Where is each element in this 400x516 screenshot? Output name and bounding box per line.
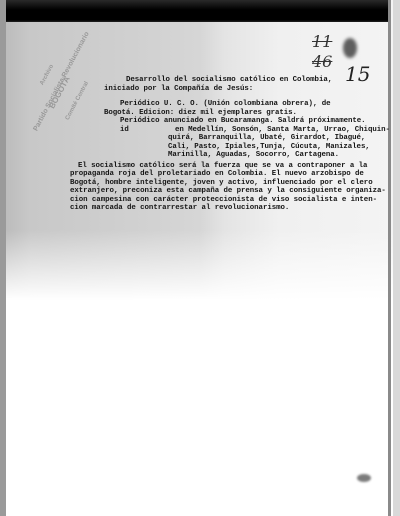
stamp-line: Archivo: [39, 64, 55, 87]
scan-right-edge: [388, 0, 391, 516]
periodical-line: Periódico U. C. O. (Unión colombiana obr…: [120, 100, 331, 109]
scan-right-margin: [393, 0, 400, 516]
ink-blot: [357, 474, 371, 482]
body-line: cion marcada de contrarrestar al revoluc…: [70, 204, 289, 213]
folio-number: 15: [345, 62, 370, 86]
crossed-out-folio-number: 46: [312, 52, 332, 71]
document-title: iniciado por la Compañía de Jesús:: [104, 85, 253, 94]
scan-left-edge: [0, 0, 6, 516]
stamp-line: Comité Central: [65, 81, 90, 122]
periodical-line: quirá, Barranquilla, Ubaté, Girardot, Ib…: [168, 134, 365, 143]
periodical-label: id: [120, 126, 129, 135]
crossed-out-folio-number: 11: [312, 32, 332, 51]
scan-top-shadow: [0, 0, 390, 22]
ink-blot: [343, 38, 357, 58]
scanned-page: Partido Socialista Revolucionario Archiv…: [0, 0, 400, 516]
body-line: extranjero, preconiza esta campaña de pr…: [70, 187, 386, 196]
body-line: propaganda roja del proletariado en Colo…: [70, 170, 364, 179]
document-title: Desarrollo del socialismo católico en Co…: [126, 76, 332, 85]
paper-background: [0, 230, 400, 516]
periodical-line: Marinilla, Aguadas, Socorro, Cartagena.: [168, 151, 339, 160]
archive-stamp: Partido Socialista Revolucionario Archiv…: [14, 38, 94, 138]
periodical-line: Periódico anunciado en Bucaramanga. Sald…: [120, 117, 366, 126]
